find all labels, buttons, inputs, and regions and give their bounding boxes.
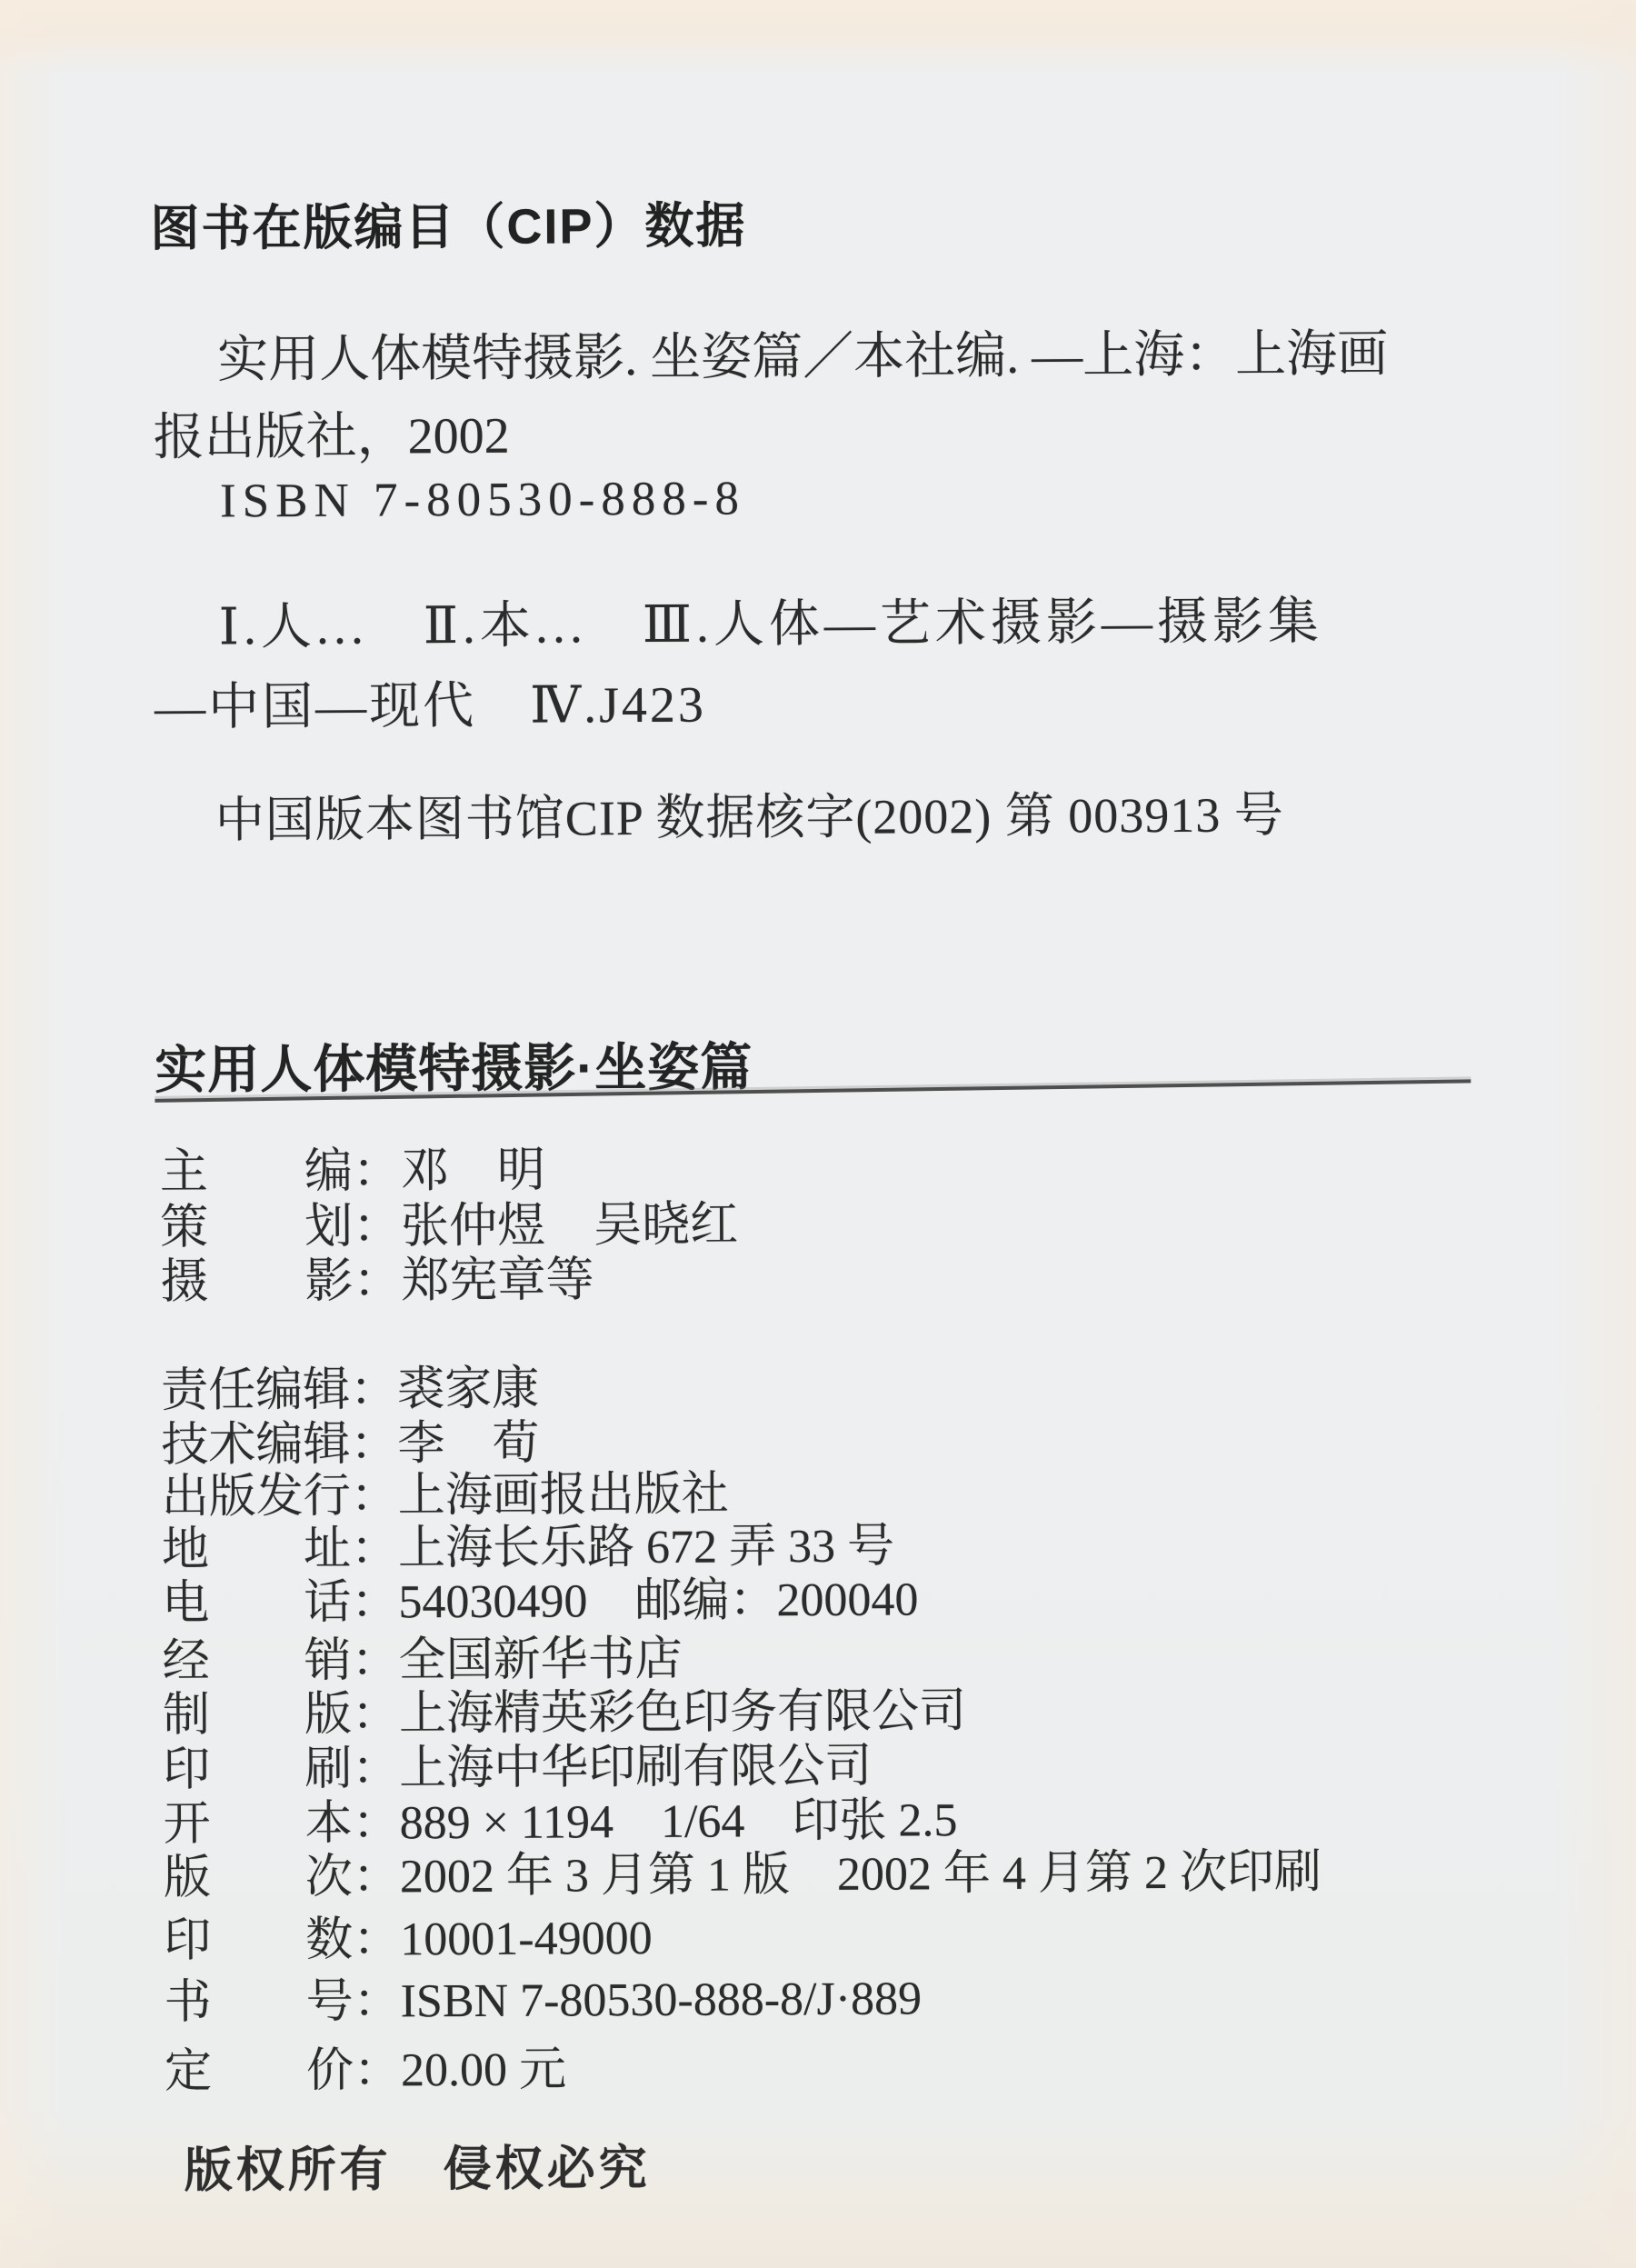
cip-entry-line2: 报出版社，2002	[153, 395, 509, 470]
colophon-label: 版 次：	[164, 1837, 400, 1906]
colophon-row-price: 定 价：20.00 元	[165, 2030, 566, 2100]
colophon-label: 定 价：	[165, 2031, 401, 2100]
credit-row-photographer: 摄 影：郑宪章等	[160, 1241, 594, 1312]
colophon-value: 20.00 元	[401, 2030, 566, 2099]
colophon-label: 书 号：	[164, 1962, 400, 2031]
colophon-label: 印 数：	[164, 1900, 400, 1969]
credit-value: 郑宪章等	[401, 1241, 594, 1311]
cip-classification-line2: —中国—现代 Ⅳ.J423	[155, 664, 706, 740]
colophon-row-print-run: 印 数：10001-49000	[164, 1899, 653, 1970]
cip-isbn: ISBN 7-80530-888-8	[220, 471, 745, 528]
cip-heading: 图书在版编目（CIP）数据	[150, 186, 746, 259]
colophon-value: 10001-49000	[400, 1912, 653, 1966]
colophon-value: 2002 年 3 月第 1 版 2002 年 4 月第 2 次印刷	[400, 1833, 1322, 1905]
colophon-row-edition: 版 次：2002 年 3 月第 1 版 2002 年 4 月第 2 次印刷	[164, 1833, 1322, 1907]
cip-entry-line1: 实用人体模特摄影. 坐姿篇／本社编. —上海：上海画	[217, 314, 1388, 393]
colophon-row-book-number: 书 号：ISBN 7-80530-888-8/J·889	[164, 1959, 922, 2031]
scanned-page: 图书在版编目（CIP）数据 实用人体模特摄影. 坐姿篇／本社编. —上海：上海画…	[0, 0, 1636, 2268]
copyright-notice: 版权所有 侵权必究	[184, 2130, 650, 2202]
credit-label: 摄 影：	[160, 1242, 401, 1312]
colophon-value: ISBN 7-80530-888-8/J·889	[401, 1972, 923, 2028]
cip-record-number: 中国版本图书馆CIP 数据核字(2002) 第 003913 号	[215, 775, 1284, 851]
cip-classification-line1: Ⅰ.人... Ⅱ.本... Ⅲ.人体—艺术摄影—摄影集	[218, 581, 1323, 659]
